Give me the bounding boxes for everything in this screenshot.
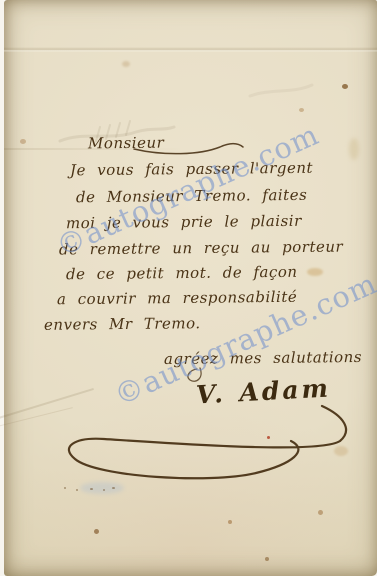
salutation-text: Monsieur bbox=[88, 134, 164, 153]
handwritten-line: de ce petit mot. de façon bbox=[66, 263, 298, 283]
handwritten-line: envers Mr Tremo. bbox=[44, 314, 201, 334]
handwritten-line: a couvrir ma responsabilité bbox=[57, 288, 297, 309]
signature-flourish-stroke bbox=[69, 406, 346, 478]
letter-paper: Monsieur Je vous fais passer l'argent de… bbox=[4, 0, 377, 576]
scanned-letter-photo: Monsieur Je vous fais passer l'argent de… bbox=[0, 0, 377, 576]
